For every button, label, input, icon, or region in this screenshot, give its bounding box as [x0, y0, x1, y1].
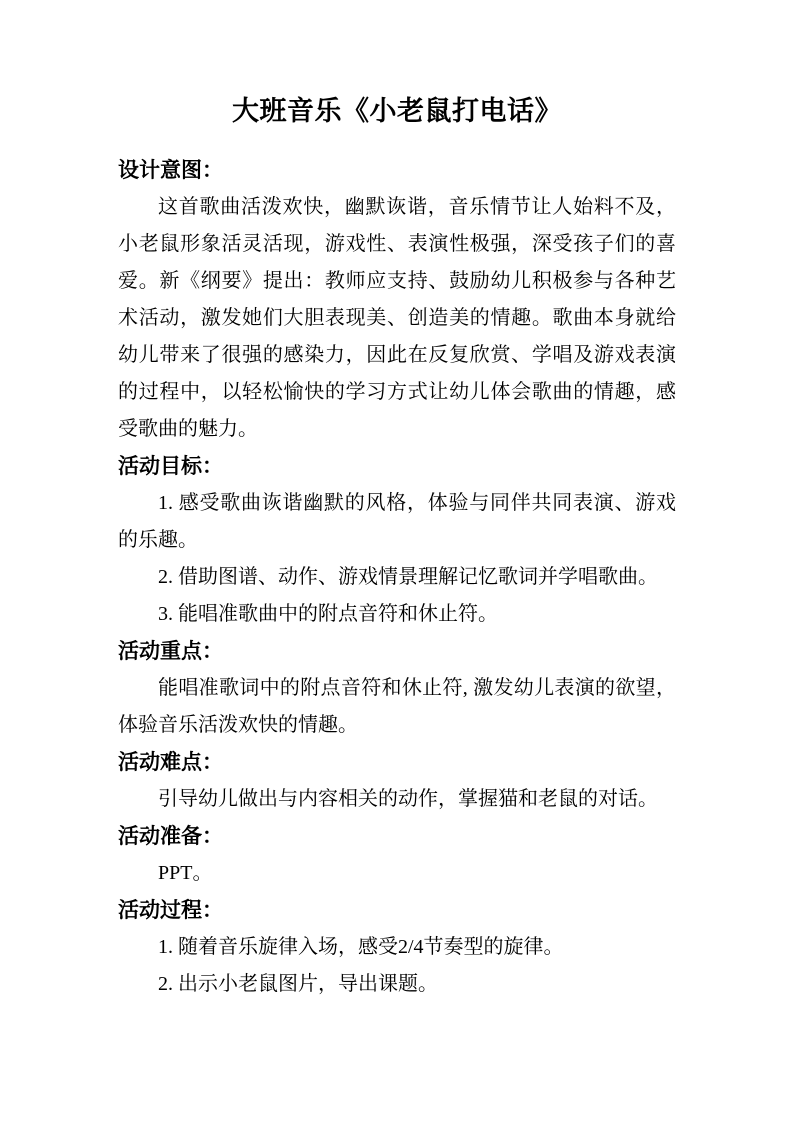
- heading-design-intent: 设计意图：: [118, 152, 676, 189]
- process-step-1: 1. 随着音乐旋律入场，感受2/4节奏型的旋律。: [118, 929, 676, 966]
- goal-item-3: 3. 能唱准歌曲中的附点音符和休止符。: [118, 596, 676, 633]
- goal-item-2: 2. 借助图谱、动作、游戏情景理解记忆歌词并学唱歌曲。: [118, 559, 676, 596]
- process-step-2: 2. 出示小老鼠图片，导出课题。: [118, 966, 676, 1003]
- preparation-paragraph: PPT。: [118, 855, 676, 892]
- heading-activity-preparation: 活动准备：: [118, 818, 676, 855]
- document-page: 大班音乐《小老鼠打电话》 设计意图： 这首歌曲活泼欢快，幽默诙谐，音乐情节让人始…: [0, 0, 794, 1123]
- goal-item-1: 1. 感受歌曲诙谐幽默的风格，体验与同伴共同表演、游戏的乐趣。: [118, 485, 676, 559]
- heading-activity-key-points: 活动重点：: [118, 633, 676, 670]
- document-title: 大班音乐《小老鼠打电话》: [118, 94, 676, 128]
- key-points-paragraph: 能唱准歌词中的附点音符和休止符, 激发幼儿表演的欲望，体验音乐活泼欢快的情趣。: [118, 670, 676, 744]
- heading-activity-difficulties: 活动难点：: [118, 744, 676, 781]
- heading-activity-goals: 活动目标：: [118, 448, 676, 485]
- difficulties-paragraph: 引导幼儿做出与内容相关的动作，掌握猫和老鼠的对话。: [118, 781, 676, 818]
- design-intent-paragraph: 这首歌曲活泼欢快，幽默诙谐，音乐情节让人始料不及，小老鼠形象活灵活现，游戏性、表…: [118, 189, 676, 448]
- heading-activity-process: 活动过程：: [118, 892, 676, 929]
